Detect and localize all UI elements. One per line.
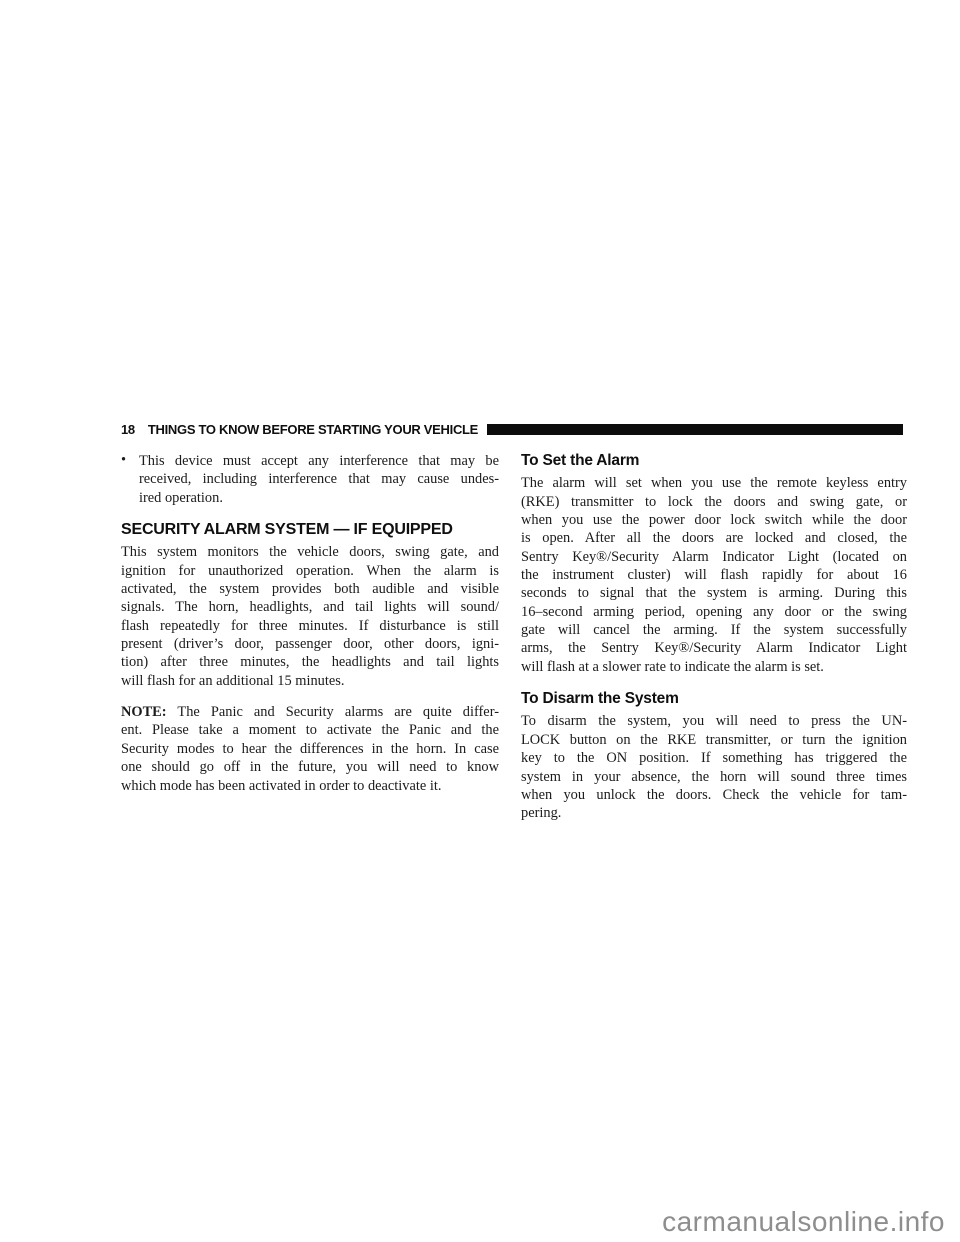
text-line: which mode has been activated in order t…: [121, 777, 499, 795]
text-line: system in your absence, the horn will so…: [521, 768, 907, 786]
text-line: when you use the power door lock switch …: [521, 511, 907, 529]
heading-to-set-the-alarm: To Set the Alarm: [521, 452, 907, 470]
text-line: The alarm will set when you use the remo…: [521, 474, 907, 492]
header-rule-bar: [487, 424, 903, 435]
text-line: signals. The horn, headlights, and tail …: [121, 598, 499, 616]
bullet-marker: •: [121, 451, 126, 469]
text-line: key to the ON position. If something has…: [521, 749, 907, 767]
disarm-paragraph: To disarm the system, you will need to p…: [521, 712, 907, 822]
right-column: To Set the Alarm The alarm will set when…: [521, 452, 907, 823]
text-line: present (driver’s door, passenger door, …: [121, 635, 499, 653]
text-line: when you unlock the doors. Check the veh…: [521, 786, 907, 804]
note-first-line-text: The Panic and Security alarms are quite …: [177, 704, 499, 720]
text-line: tion) after three minutes, the headlight…: [121, 653, 499, 671]
left-column: • This device must accept any interferen…: [121, 452, 499, 795]
text-line: pering.: [521, 804, 907, 822]
chapter-title: THINGS TO KNOW BEFORE STARTING YOUR VEHI…: [148, 422, 478, 437]
text-line: This system monitors the vehicle doors, …: [121, 543, 499, 561]
section-heading-security-alarm: SECURITY ALARM SYSTEM — IF EQUIPPED: [121, 521, 499, 539]
note-body: ent. Please take a moment to activate th…: [121, 721, 499, 794]
bullet-text: This device must accept any interference…: [139, 452, 499, 507]
running-header: 18 THINGS TO KNOW BEFORE STARTING YOUR V…: [121, 421, 903, 437]
text-line: one should go off in the future, you wil…: [121, 758, 499, 776]
site-watermark: carmanualsonline.info: [662, 1206, 945, 1238]
text-line: 16–second arming period, opening any doo…: [521, 603, 907, 621]
text-line: is open. After all the doors are locked …: [521, 529, 907, 547]
text-line: flash repeatedly for three minutes. If d…: [121, 617, 499, 635]
bullet-list-item: • This device must accept any interferen…: [121, 452, 499, 507]
note-first-line: NOTE: The Panic and Security alarms are …: [121, 703, 499, 721]
text-line: ired operation.: [139, 489, 499, 507]
text-line: Security modes to hear the differences i…: [121, 740, 499, 758]
page-number: 18: [121, 422, 135, 437]
text-line: ent. Please take a moment to activate th…: [121, 721, 499, 739]
text-line: gate will cancel the arming. If the syst…: [521, 621, 907, 639]
text-line: the instrument cluster) will flash rapid…: [521, 566, 907, 584]
text-line: arms, the Sentry Key®/Security Alarm Ind…: [521, 639, 907, 657]
text-line: To disarm the system, you will need to p…: [521, 712, 907, 730]
text-line: seconds to signal that the system is arm…: [521, 584, 907, 602]
text-line: (RKE) transmitter to lock the doors and …: [521, 493, 907, 511]
note-label: NOTE:: [121, 704, 167, 720]
text-line: received, including interference that ma…: [139, 470, 499, 488]
text-line: will flash for an additional 15 minutes.: [121, 672, 499, 690]
manual-page: 18 THINGS TO KNOW BEFORE STARTING YOUR V…: [0, 0, 960, 1242]
security-alarm-paragraph: This system monitors the vehicle doors, …: [121, 543, 499, 690]
text-line: Sentry Key®/Security Alarm Indicator Lig…: [521, 548, 907, 566]
text-line: ignition for unauthorized operation. Whe…: [121, 562, 499, 580]
text-line: LOCK button on the RKE transmitter, or t…: [521, 731, 907, 749]
heading-to-disarm-the-system: To Disarm the System: [521, 690, 907, 708]
text-line: This device must accept any interference…: [139, 452, 499, 470]
text-line: will flash at a slower rate to indicate …: [521, 658, 907, 676]
text-line: activated, the system provides both audi…: [121, 580, 499, 598]
note-paragraph: NOTE: The Panic and Security alarms are …: [121, 703, 499, 795]
set-alarm-paragraph: The alarm will set when you use the remo…: [521, 474, 907, 676]
